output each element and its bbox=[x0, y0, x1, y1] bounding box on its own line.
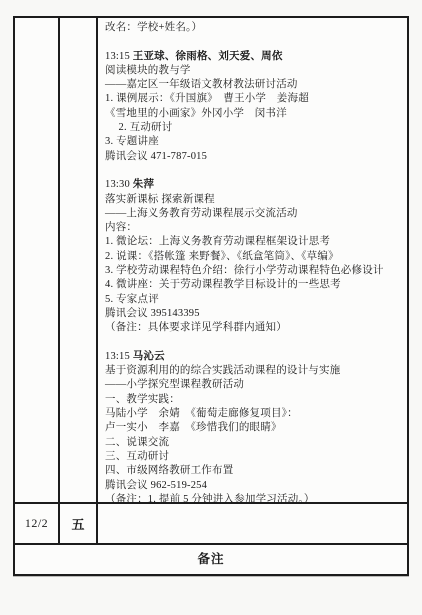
schedule-line: 13:15 马沁云 bbox=[105, 350, 403, 364]
schedule-content-row: 改名：学校+姓名。） 13:15 王亚球、徐雨格、刘天爱、周依阅读模块的教与学—… bbox=[15, 18, 407, 504]
schedule-line: 3. 学校劳动课程特色介绍：徐行小学劳动课程特色必修设计 bbox=[105, 264, 403, 278]
date-label: 12/2 bbox=[25, 516, 48, 531]
schedule-line: 5. 专家点评 bbox=[105, 293, 403, 307]
schedule-table: 改名：学校+姓名。） 13:15 王亚球、徐雨格、刘天爱、周依阅读模块的教与学—… bbox=[13, 16, 409, 576]
weekday-label: 五 bbox=[71, 514, 84, 533]
schedule-line: ——嘉定区一年级语文教材教法研讨活动 bbox=[105, 78, 403, 92]
remark-cell: 备注 bbox=[15, 545, 407, 570]
schedule-line: 4. 微讲座：关于劳动课程教学目标设计的一些思考 bbox=[105, 278, 403, 292]
remark-label: 备注 bbox=[197, 549, 224, 567]
schedule-line bbox=[105, 336, 403, 350]
schedule-line: 3. 专题讲座 bbox=[105, 135, 403, 149]
content-cell: 改名：学校+姓名。） 13:15 王亚球、徐雨格、刘天爱、周依阅读模块的教与学—… bbox=[98, 18, 407, 502]
weekday-cell-empty bbox=[60, 18, 98, 502]
schedule-line: 马陆小学 余婧 《葡萄走廊修复项目》： bbox=[105, 407, 403, 421]
schedule-line: 13:30 朱萍 bbox=[105, 178, 403, 192]
schedule-line: 腾讯会议 962-519-254 bbox=[105, 479, 403, 493]
weekday-cell: 五 bbox=[60, 504, 98, 543]
schedule-line: 一、教学实践： bbox=[105, 393, 403, 407]
schedule-line: 基于资源利用的的综合实践活动课程的设计与实施 bbox=[105, 364, 403, 378]
schedule-line bbox=[105, 35, 403, 49]
remark-row: 备注 bbox=[15, 545, 407, 570]
schedule-line: ——上海义务教育劳动课程展示交流活动 bbox=[105, 207, 403, 221]
schedule-line: 内容： bbox=[105, 221, 403, 235]
date-cell: 12/2 bbox=[15, 504, 60, 543]
schedule-line: 三、互动研讨 bbox=[105, 450, 403, 464]
schedule-line: 1. 课例展示：《升国旗》 曹王小学 姜海超 bbox=[105, 92, 403, 106]
schedule-line: 2. 互动研讨 bbox=[105, 121, 403, 135]
date-row: 12/2 五 bbox=[15, 504, 407, 545]
date-row-content-cell-empty bbox=[98, 504, 407, 543]
schedule-line: 腾讯会议 471-787-015 bbox=[105, 150, 403, 164]
date-cell-empty bbox=[15, 18, 60, 502]
schedule-line: ——小学探究型课程教研活动 bbox=[105, 378, 403, 392]
schedule-line: 腾讯会议 395143395 bbox=[105, 307, 403, 321]
schedule-line: 四、市级网络教研工作布置 bbox=[105, 464, 403, 478]
schedule-line: （备注：具体要求详见学科群内通知） bbox=[105, 321, 403, 335]
schedule-line: 《雪地里的小画家》外冈小学 闵书洋 bbox=[105, 107, 403, 121]
schedule-line: 13:15 王亚球、徐雨格、刘天爱、周依 bbox=[105, 50, 403, 64]
schedule-line: 二、说课交流 bbox=[105, 436, 403, 450]
schedule-line: 阅读模块的教与学 bbox=[105, 64, 403, 78]
document-page: 改名：学校+姓名。） 13:15 王亚球、徐雨格、刘天爱、周依阅读模块的教与学—… bbox=[0, 0, 422, 615]
schedule-line: 1. 微论坛：上海义务教育劳动课程框架设计思考 bbox=[105, 235, 403, 249]
schedule-line bbox=[105, 164, 403, 178]
schedule-line: （备注：1. 提前 5 分钟进入参加学习活动。） bbox=[105, 493, 403, 502]
schedule-line: 卢一实小 李嘉 《珍惜我们的眼睛》 bbox=[105, 421, 403, 435]
schedule-line: 2. 说课：《搭帐篷 来野餐》、《纸盒笔筒》、《草编》 bbox=[105, 250, 403, 264]
schedule-line: 落实新课标 探索新课程 bbox=[105, 193, 403, 207]
schedule-line: 改名：学校+姓名。） bbox=[105, 21, 403, 35]
